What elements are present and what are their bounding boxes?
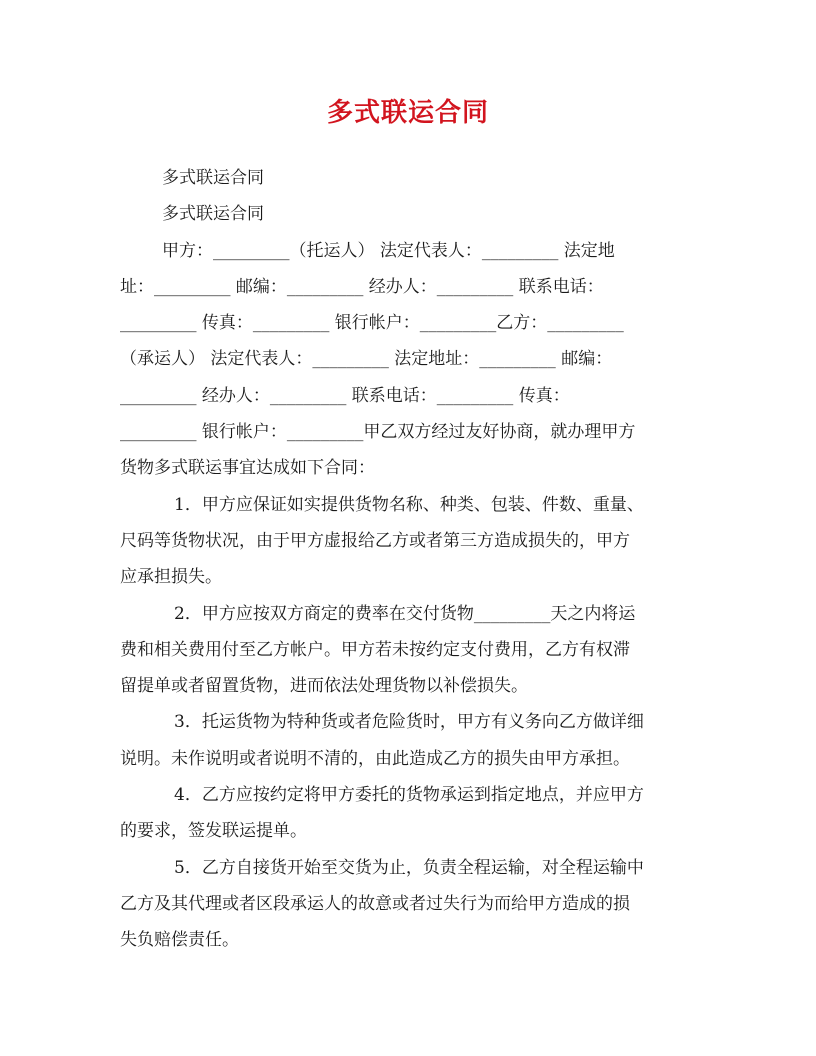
clause-1-line: 1．甲方应保证如实提供货物名称、种类、包装、件数、重量、: [120, 487, 700, 523]
document-body: 多式联运合同 多式联运合同 甲方：_________（托运人） 法定代表人：__…: [120, 160, 700, 959]
document-title: 多式联运合同: [0, 92, 816, 129]
document-page: 多式联运合同 多式联运合同 多式联运合同 甲方：_________（托运人） 法…: [0, 0, 816, 1056]
party-b-line: （承运人） 法定代表人：_________ 法定地址：_________ 邮编：: [120, 341, 700, 377]
subtitle-line: 多式联运合同: [120, 160, 700, 196]
clause-4-line: 的要求，签发联运提单。: [120, 813, 700, 849]
clause-2-line: 留提单或者留置货物，进而依法处理货物以补偿损失。: [120, 668, 700, 704]
subtitle-line: 多式联运合同: [120, 196, 700, 232]
clause-2-line: 2．甲方应按双方商定的费率在交付货物_________天之内将运: [120, 596, 700, 632]
clause-1-line: 应承担损失。: [120, 559, 700, 595]
clause-3-line: 3．托运货物为特种货或者危险货时，甲方有义务向乙方做详细: [120, 704, 700, 740]
clause-5-line: 5．乙方自接货开始至交货为止，负责全程运输，对全程运输中: [120, 850, 700, 886]
party-b-line: _________ 银行帐户：_________甲乙双方经过友好协商，就办理甲方: [120, 414, 700, 450]
clause-4-line: 4．乙方应按约定将甲方委托的货物承运到指定地点，并应甲方: [120, 777, 700, 813]
party-a-line: _________ 传真：_________ 银行帐户：_________乙方：…: [120, 305, 700, 341]
party-b-line: _________ 经办人：_________ 联系电话：_________ 传…: [120, 378, 700, 414]
clause-5-line: 乙方及其代理或者区段承运人的故意或者过失行为而给甲方造成的损: [120, 886, 700, 922]
clause-2-line: 费和相关费用付至乙方帐户。甲方若未按约定支付费用，乙方有权滞: [120, 632, 700, 668]
party-a-line: 址：_________ 邮编：_________ 经办人：_________ 联…: [120, 269, 700, 305]
preamble-line: 货物多式联运事宜达成如下合同：: [120, 450, 700, 486]
clause-3-line: 说明。未作说明或者说明不清的，由此造成乙方的损失由甲方承担。: [120, 741, 700, 777]
clause-5-line: 失负赔偿责任。: [120, 922, 700, 958]
clause-1-line: 尺码等货物状况，由于甲方虚报给乙方或者第三方造成损失的，甲方: [120, 523, 700, 559]
party-a-line: 甲方：_________（托运人） 法定代表人：_________ 法定地: [120, 233, 700, 269]
